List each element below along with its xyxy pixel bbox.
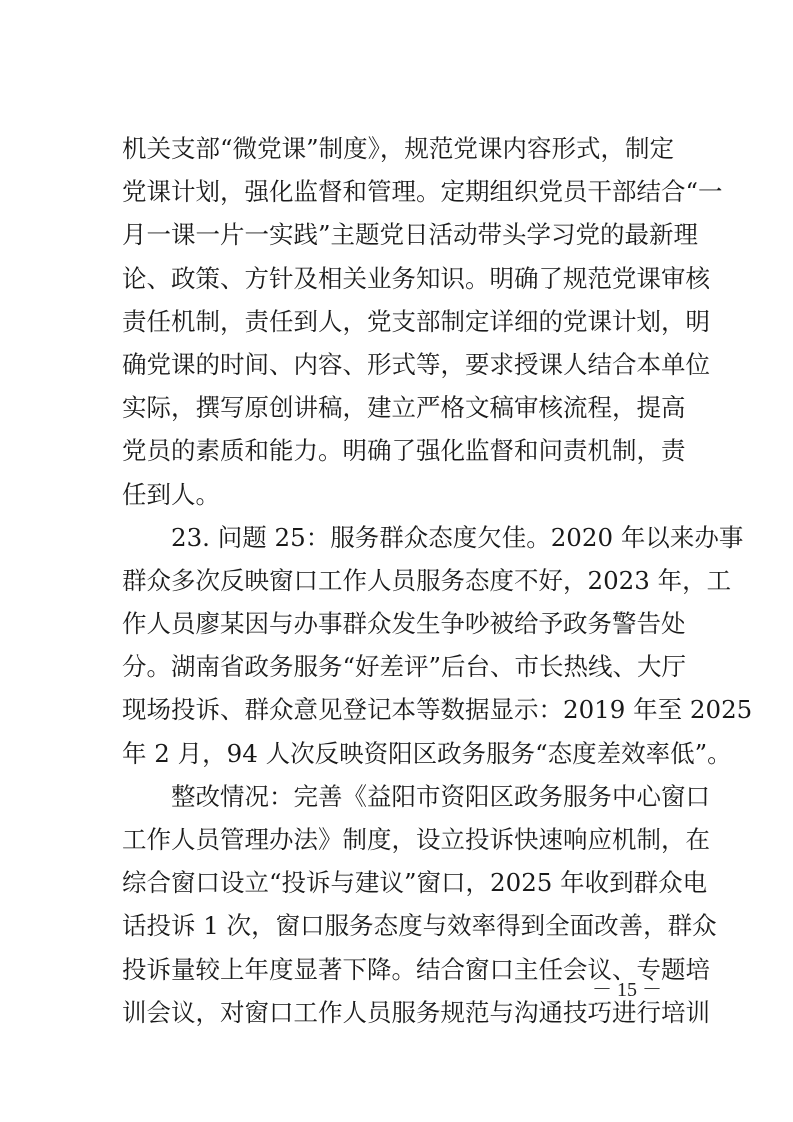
rectification-heading-line: 整改情况：完善《益阳市资阳区政务服务中心窗口 [122, 775, 674, 818]
text-line: 作人员廖某因与办事群众发生争吵被给予政务警告处 [122, 602, 674, 645]
body-text: 机关支部“微党课”制度》，规范党课内容形式，制定 党课计划，强化监督和管理。定期… [122, 127, 674, 1034]
text-line: 党员的素质和能力。明确了强化监督和问责机制，责 [122, 429, 674, 472]
text-line: 责任机制，责任到人，党支部制定详细的党课计划，明 [122, 300, 674, 343]
text-line: 群众多次反映窗口工作人员服务态度不好，2023 年，工 [122, 559, 674, 602]
text-line: 机关支部“微党课”制度》，规范党课内容形式，制定 [122, 127, 674, 170]
text-line: 年 2 月，94 人次反映资阳区政务服务“态度差效率低”。 [122, 732, 674, 775]
text-line: 话投诉 1 次，窗口服务态度与效率得到全面改善，群众 [122, 904, 674, 947]
text-line: 综合窗口设立“投诉与建议”窗口，2025 年收到群众电 [122, 861, 674, 904]
text-line: 党课计划，强化监督和管理。定期组织党员干部结合“一 [122, 170, 674, 213]
document-page: 机关支部“微党课”制度》，规范党课内容形式，制定 党课计划，强化监督和管理。定期… [0, 0, 793, 1122]
text-line: 现场投诉、群众意见登记本等数据显示：2019 年至 2025 [122, 688, 674, 731]
text-line: 任到人。 [122, 473, 674, 516]
issue-heading-line: 23. 问题 25：服务群众态度欠佳。2020 年以来办事 [122, 516, 674, 559]
text-line: 论、政策、方针及相关业务知识。明确了规范党课审核 [122, 257, 674, 300]
text-line: 月一课一片一实践”主题党日活动带头学习党的最新理 [122, 213, 674, 256]
text-line: 实际，撰写原创讲稿，建立严格文稿审核流程，提高 [122, 386, 674, 429]
page-number: － 15 － [592, 978, 662, 1002]
text-line: 工作人员管理办法》制度，设立投诉快速响应机制，在 [122, 818, 674, 861]
text-line: 确党课的时间、内容、形式等，要求授课人结合本单位 [122, 343, 674, 386]
text-line: 分。湖南省政务服务“好差评”后台、市长热线、大厅 [122, 645, 674, 688]
